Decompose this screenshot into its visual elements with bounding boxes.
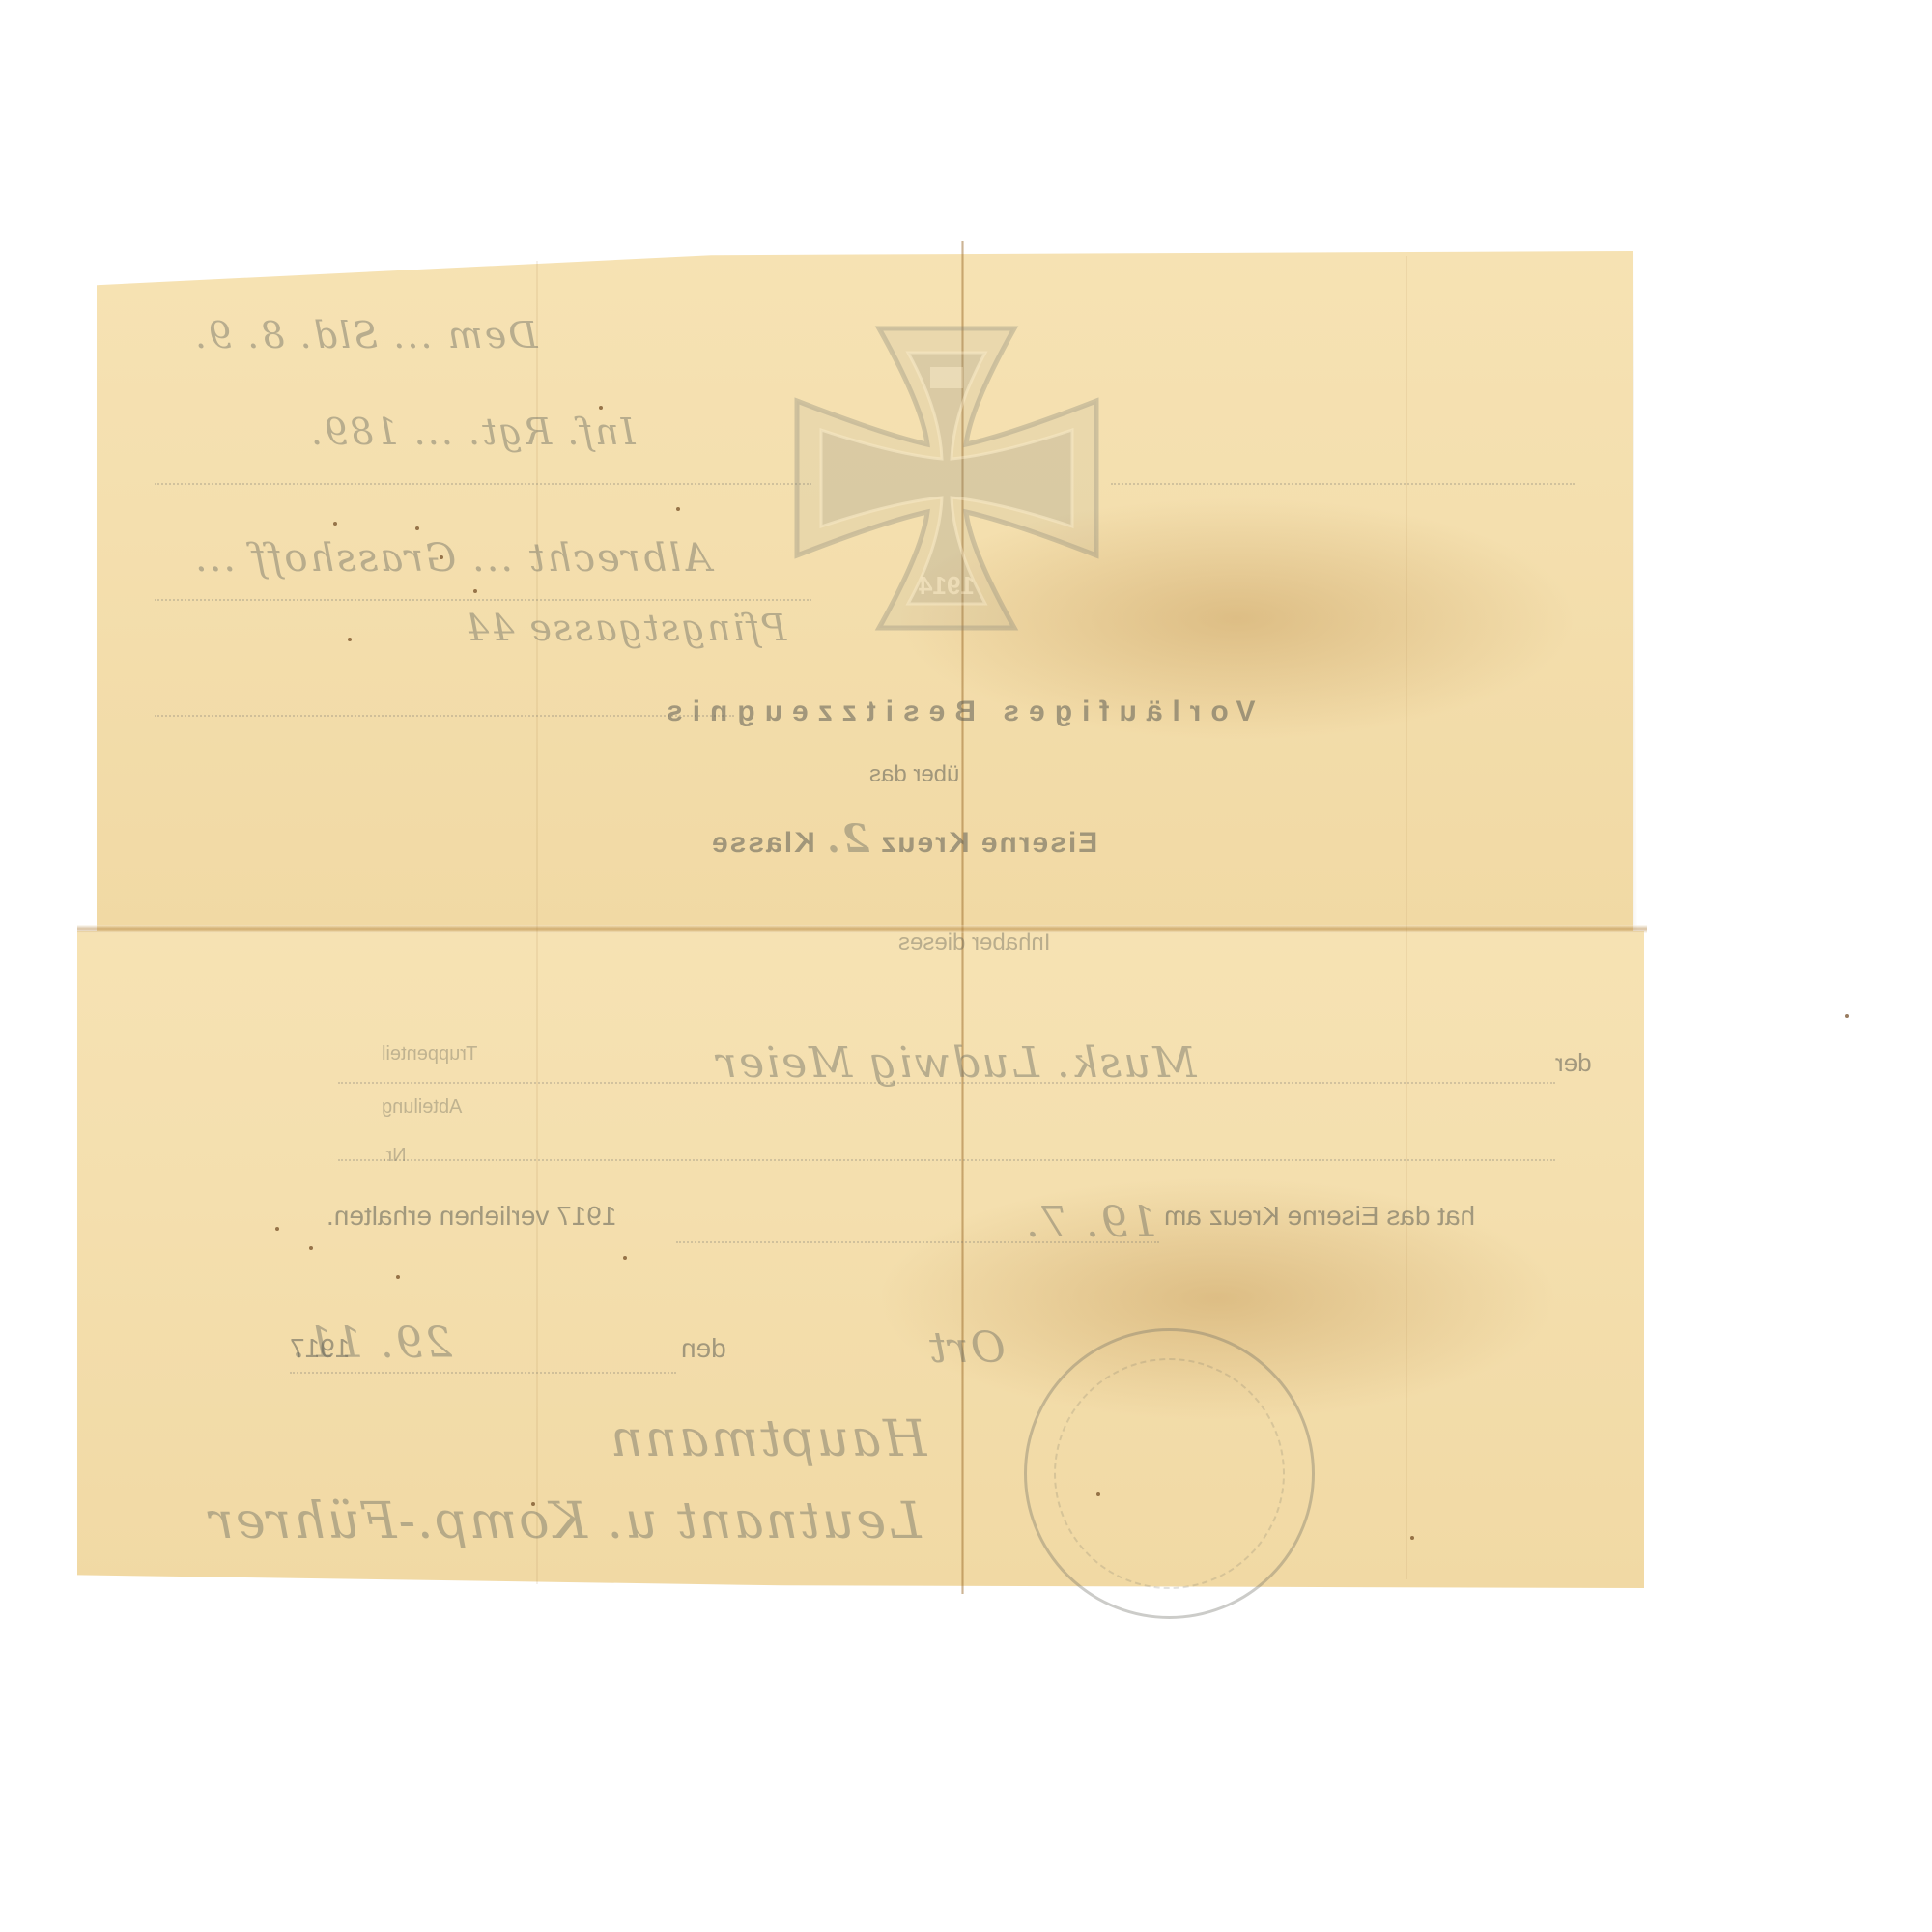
form-line xyxy=(338,1159,1555,1161)
holder-name-line xyxy=(338,1082,1555,1084)
handwritten-note-1: Dem ... Sld. 8. 9. xyxy=(193,314,538,356)
side-label-3: Nr. xyxy=(382,1145,407,1167)
award-date: 19. 7. xyxy=(1024,1198,1157,1247)
horizontal-fold xyxy=(77,925,1647,933)
award-sentence-start: hat das Eiserne Kreuz am xyxy=(1164,1201,1475,1232)
signature-1: Hauptmann xyxy=(609,1410,926,1468)
holder-label: Inhaber dieses xyxy=(898,929,1050,956)
faint-fold-left xyxy=(536,261,538,1584)
issue-year: 1917 xyxy=(290,1333,350,1364)
side-label-2: Abteilung xyxy=(382,1096,462,1119)
handwritten-note-3: Albrecht ... Grasshoff ... xyxy=(193,536,711,581)
svg-text:1914: 1914 xyxy=(919,571,975,600)
form-line xyxy=(155,715,734,717)
award-sentence-end: 1917 verliehen erhalten. xyxy=(327,1201,616,1232)
award-class: 2. xyxy=(825,816,869,862)
issue-place: Ort xyxy=(927,1323,1006,1373)
side-label-1: Truppenteil xyxy=(382,1043,477,1065)
handwritten-note-4: Pfingstgasse 44 xyxy=(464,607,786,649)
document-subtitle: über das xyxy=(869,761,959,788)
document-title: Vorläufiges Besitzzeugnis xyxy=(657,696,1256,728)
award-line: Eiserne Kreuz 2. Klasse xyxy=(710,816,1097,862)
document-paper-bottom xyxy=(77,931,1644,1588)
der-label: der xyxy=(1555,1048,1592,1078)
form-line xyxy=(1111,483,1575,485)
award-line-suffix: Klasse xyxy=(710,827,815,859)
round-seal-stamp xyxy=(1024,1328,1315,1619)
iron-cross-icon: 1914 xyxy=(787,319,1106,638)
den-label: den xyxy=(681,1333,726,1364)
signature-2: Leutnant u. Komp.-Führer xyxy=(208,1492,922,1550)
award-line-prefix: Eiserne Kreuz xyxy=(879,827,1097,859)
handwritten-note-2: Inf. Rgt. ... 189. xyxy=(309,411,636,453)
form-line xyxy=(155,599,811,601)
issue-date-line xyxy=(290,1372,676,1374)
form-line xyxy=(155,483,811,485)
award-date-line xyxy=(676,1241,1159,1243)
faint-fold-right xyxy=(1406,256,1407,1579)
holder-name: Musk. Ludwig Meier xyxy=(715,1038,1196,1088)
